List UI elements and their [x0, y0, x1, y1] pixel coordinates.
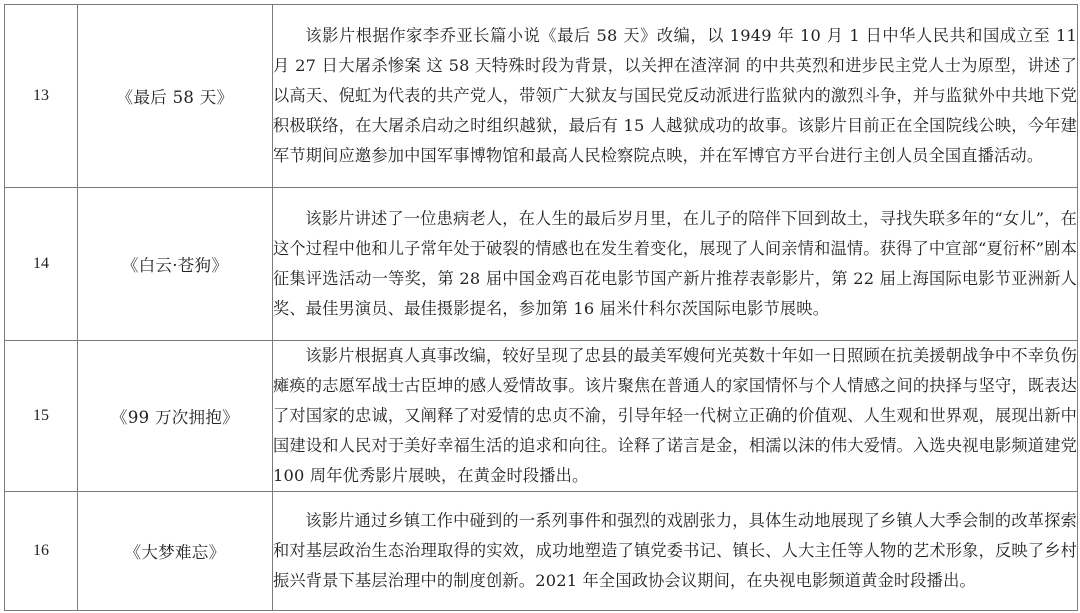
film-title: 《最后 58 天》	[78, 5, 273, 188]
film-description-cell: 该影片根据真人真事改编，较好呈现了忠县的最美军嫂何光英数十年如一日照顾在抗美援朝…	[273, 341, 1078, 492]
row-number: 15	[5, 341, 78, 492]
film-title: 《99 万次拥抱》	[78, 341, 273, 492]
table-row: 14 《白云·苍狗》 该影片讲述了一位患病老人，在人生的最后岁月里，在儿子的陪伴…	[5, 188, 1078, 341]
film-table: 13 《最后 58 天》 该影片根据作家李乔亚长篇小说《最后 58 天》改编，以…	[4, 4, 1078, 611]
row-number: 13	[5, 5, 78, 188]
row-number: 14	[5, 188, 78, 341]
film-description: 该影片通过乡镇工作中碰到的一系列事件和强烈的戏剧张力，具体生动地展现了乡镇人大季…	[273, 506, 1077, 596]
film-description-cell: 该影片通过乡镇工作中碰到的一系列事件和强烈的戏剧张力，具体生动地展现了乡镇人大季…	[273, 492, 1078, 611]
film-title: 《白云·苍狗》	[78, 188, 273, 341]
film-description: 该影片讲述了一位患病老人，在人生的最后岁月里，在儿子的陪伴下回到故土，寻找失联多…	[273, 204, 1077, 324]
film-description-cell: 该影片根据作家李乔亚长篇小说《最后 58 天》改编，以 1949 年 10 月 …	[273, 5, 1078, 188]
film-description: 该影片根据真人真事改编，较好呈现了忠县的最美军嫂何光英数十年如一日照顾在抗美援朝…	[273, 341, 1077, 491]
film-description-cell: 该影片讲述了一位患病老人，在人生的最后岁月里，在儿子的陪伴下回到故土，寻找失联多…	[273, 188, 1078, 341]
table-row: 15 《99 万次拥抱》 该影片根据真人真事改编，较好呈现了忠县的最美军嫂何光英…	[5, 341, 1078, 492]
row-number: 16	[5, 492, 78, 611]
table-row: 13 《最后 58 天》 该影片根据作家李乔亚长篇小说《最后 58 天》改编，以…	[5, 5, 1078, 188]
film-description: 该影片根据作家李乔亚长篇小说《最后 58 天》改编，以 1949 年 10 月 …	[273, 21, 1077, 171]
table-row: 16 《大梦难忘》 该影片通过乡镇工作中碰到的一系列事件和强烈的戏剧张力，具体生…	[5, 492, 1078, 611]
film-title: 《大梦难忘》	[78, 492, 273, 611]
